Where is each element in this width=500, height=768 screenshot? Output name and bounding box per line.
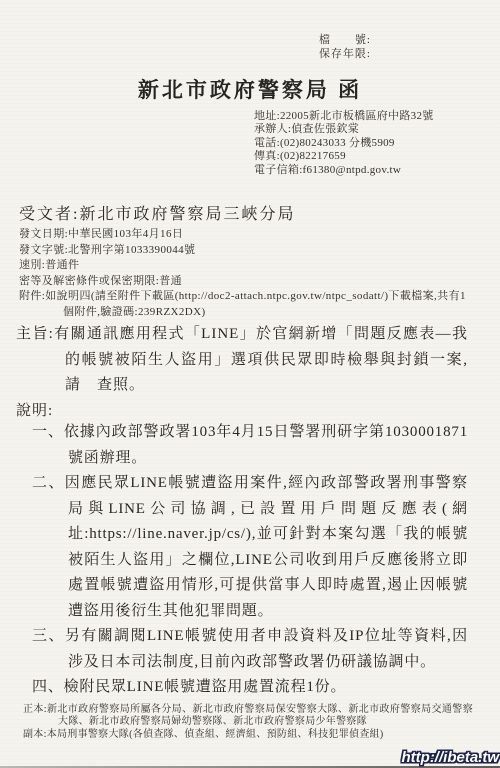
speed-class-line: 速別:普通件 [19,258,471,274]
subject-text: 有關通訊應用程式「LINE」於官網新增「問題反應表—我的帳號被陌生人盜用」選項供… [54,326,468,393]
carbon-copy-label: 副本: [23,729,47,740]
item-number: 一、 [32,424,64,440]
explanation-label: 說明: [16,399,53,420]
distribution-block: 正本:新北市政府警察局所屬各分局、新北市政府警察局保安警察大隊、新北市政府警察局… [23,704,473,741]
contact-person: 承辦人:偵查佐張欽棠 [254,123,484,136]
document-title: 新北市政府警察局 函 [0,74,500,104]
carbon-copy-line: 副本:本局刑事警察大隊(各偵查隊、偵查組、經濟組、預防組、科技犯罪偵查組) [23,729,473,741]
file-number-block: 檔 號: 保存年限: [277,33,371,61]
agency-contact-block: 地址:22005新北市板橋區府中路32號 承辦人:偵查佐張欽棠 電話:(02)8… [254,110,484,177]
security-class-line: 密等及解密條件或保密期限:普通 [19,274,471,290]
watermark-url: http://ibeta.tw [402,749,500,766]
item-number: 三、 [32,628,65,644]
item-text: 檢附民眾LINE帳號遭盜用處置流程1份。 [64,679,347,695]
contact-email: 電子信箱:f61380@ntpd.gov.tw [254,164,484,177]
list-item: 三、另有關調閱LINE帳號使用者申設資料及IP位址等資料,因涉及日本司法制度,目… [32,624,468,675]
item-text: 依據內政部警政署103年4月15日警署刑研字第1030001871號函辦理。 [64,424,468,466]
contact-phone: 電話:(02)80243033 分機5909 [254,137,484,150]
carbon-copy-text: 本局刑事警察大隊(各偵查隊、偵查組、經濟組、預防組、科技犯罪偵查組) [47,729,384,740]
issue-date-line: 發文日期:中華民國103年4月16日 [19,227,471,243]
original-copy-text: 新北市政府警察局所屬各分局、新北市政府警察局保安警察大隊、新北市政府警察局交通警… [47,704,473,727]
list-item: 四、檢附民眾LINE帳號遭盜用處置流程1份。 [32,675,468,701]
meta-block: 發文日期:中華民國103年4月16日 發文字號:北警刑字第1033390044號… [19,227,471,321]
scanned-official-letter: 檔 號: 保存年限: 新北市政府警察局 函 地址:22005新北市板橋區府中路3… [0,0,500,768]
original-copy-label: 正本: [23,704,47,715]
list-item: 二、因應民眾LINE帳號遭盜用案件,經內政部警政署刑事警察局與LINE公司協調,… [32,471,468,624]
recipient-line: 受文者:新北市政府警察局三峽分局 [19,201,295,224]
original-copy-line: 正本:新北市政府警察局所屬各分局、新北市政府警察局保安警察大隊、新北市政府警察局… [23,704,473,729]
subject-paragraph: 主旨:有關通訊應用程式「LINE」於官網新增「問題反應表—我的帳號被陌生人盜用」… [16,322,468,399]
file-number-label: 檔 號: [277,33,371,47]
explanation-list: 一、依據內政部警政署103年4月15日警署刑研字第1030001871號函辦理。… [32,420,468,701]
reference-number-line: 發文字號:北警刑字第1033390044號 [19,243,471,259]
list-item: 一、依據內政部警政署103年4月15日警署刑研字第1030001871號函辦理。 [32,420,468,471]
subject-label: 主旨: [16,326,54,342]
item-number: 二、 [32,475,65,491]
retention-period-label: 保存年限: [277,47,371,61]
attachment-line: 附件:如說明四(請至附件下載區(http://doc2-attach.ntpc.… [19,289,471,320]
item-number: 四、 [32,679,64,695]
contact-fax: 傳真:(02)82217659 [254,150,484,163]
agency-address: 地址:22005新北市板橋區府中路32號 [254,110,484,123]
item-text: 因應民眾LINE帳號遭盜用案件,經內政部警政署刑事警察局與LINE公司協調,已設… [65,475,468,619]
item-text: 另有關調閱LINE帳號使用者申設資料及IP位址等資料,因涉及日本司法制度,目前內… [65,628,468,670]
